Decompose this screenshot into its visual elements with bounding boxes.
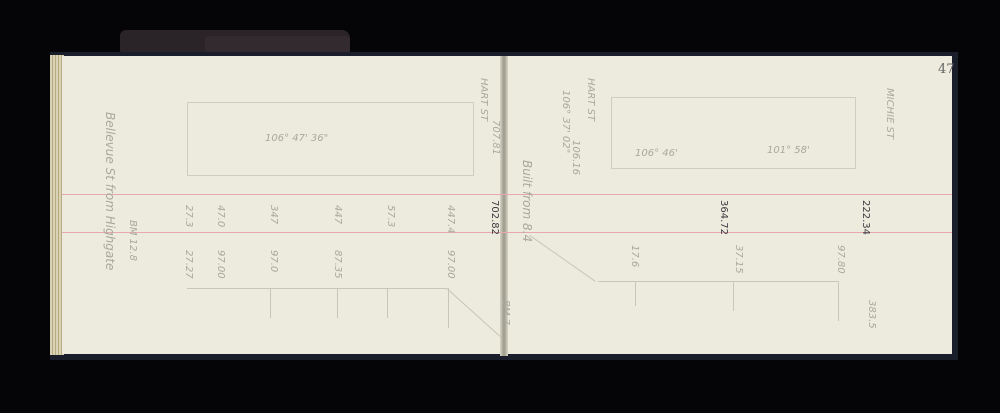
col-bottom-3: 97.0: [268, 250, 279, 272]
col-top-3: 347: [268, 205, 279, 224]
ink-value-left: 702.82: [489, 200, 500, 235]
col-bottom-1: 27.27: [183, 250, 194, 279]
left-page: [62, 56, 502, 354]
red-rule-top: [62, 194, 952, 195]
street-label-hart-right: HART ST: [585, 78, 596, 121]
bm-label-left: BM 12.8: [127, 220, 138, 261]
street-label-hart-left: HART ST: [478, 78, 489, 121]
col-top-4: 447: [332, 205, 343, 224]
lot-divider-2: [337, 288, 338, 318]
col-top-2: 47.0: [215, 205, 226, 227]
angle-label-right-1: 106° 46': [635, 148, 678, 159]
angle-label-right-2: 101° 58': [767, 145, 810, 156]
col-bottom-5: 97.00: [445, 250, 456, 279]
lot-divider-r1: [635, 281, 636, 306]
lot-divider-1: [270, 288, 271, 318]
lot-line-left: [187, 288, 447, 289]
lot-line-right: [598, 281, 838, 282]
margin-value: 707.81: [490, 120, 501, 155]
ink-value-right-2: 222.34: [860, 200, 871, 235]
bottom-value-right: 383.5: [866, 300, 877, 329]
bm-label-right: BM 7: [500, 300, 511, 325]
page-number: 47: [938, 62, 955, 77]
value-near-hart: 106.16: [570, 140, 581, 175]
col-bottom-r1: 17.6: [629, 245, 640, 267]
red-rule-bottom: [62, 232, 952, 233]
lot-divider-r2: [733, 281, 734, 311]
col-bottom-r3: 97.80: [835, 245, 846, 274]
col-bottom-2: 97.00: [215, 250, 226, 279]
side-note-right: Built from 8.4: [520, 160, 534, 242]
lot-divider-4: [448, 288, 449, 328]
col-top-6: 447.4: [445, 205, 456, 234]
ink-value-right-1: 364.72: [718, 200, 729, 235]
street-label-michie: MICHIE ST: [884, 88, 895, 139]
side-note-left: Bellevue St from Highgate: [103, 112, 117, 270]
col-bottom-r2: 37.15: [733, 245, 744, 274]
col-top-5: 57.3: [385, 205, 396, 227]
angle-label-left: 106° 47' 36": [265, 133, 328, 144]
lot-divider-r3: [838, 281, 839, 321]
col-bottom-4: 87.35: [332, 250, 343, 279]
lot-divider-3: [387, 288, 388, 318]
col-top-1: 27.3: [183, 205, 194, 227]
lot-box-left: [187, 102, 474, 176]
